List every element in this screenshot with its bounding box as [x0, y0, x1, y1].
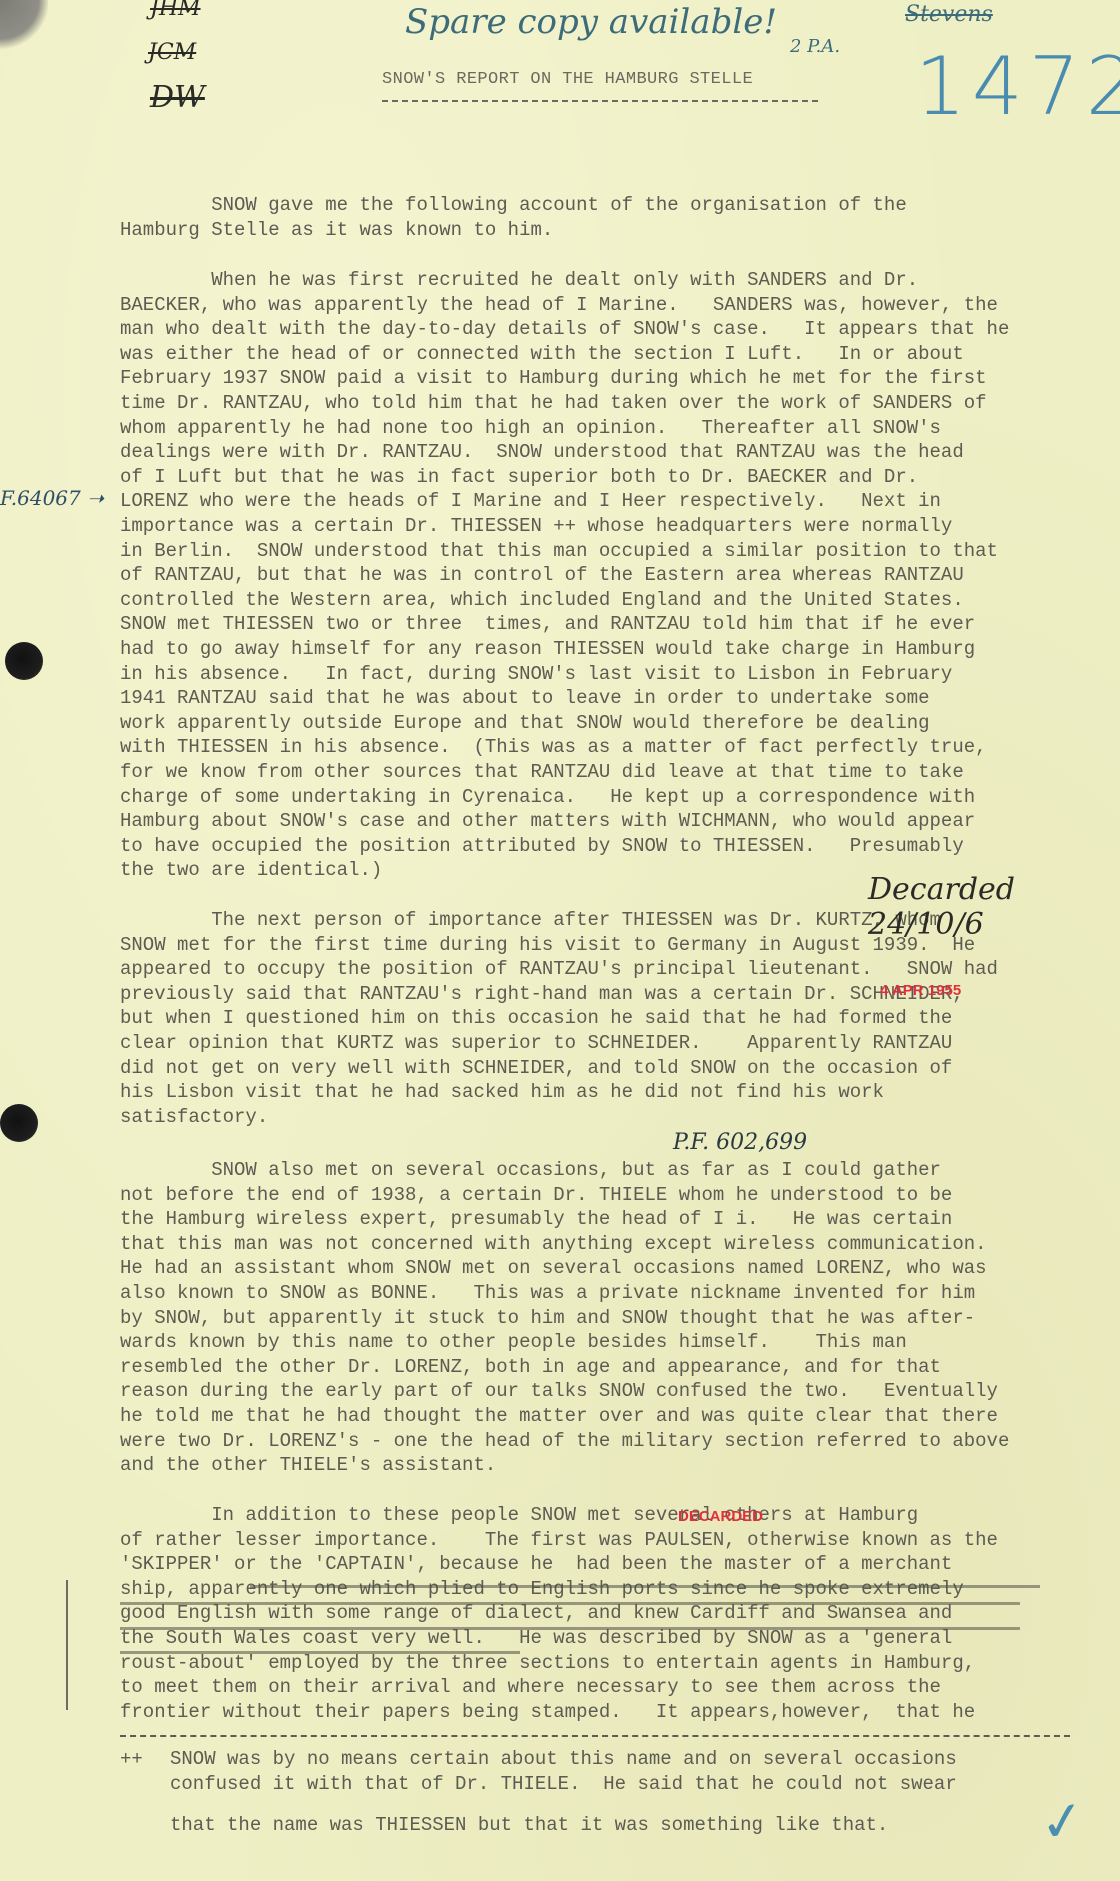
paragraph-4-line: that this man was not concerned with any…	[120, 1232, 1080, 1257]
paragraph-5-line: good English with some range of dialect,…	[120, 1601, 1080, 1626]
paragraph-4-line: the Hamburg wireless expert, presumably …	[120, 1207, 1080, 1232]
paragraph-2-line: for we know from other sources that RANT…	[120, 760, 1080, 785]
paragraph-2-line: February 1937 SNOW paid a visit to Hambu…	[120, 366, 1080, 391]
spare-copy-note: Spare copy available!	[405, 2, 777, 42]
footnote-divider	[120, 1735, 1070, 1737]
paragraph-2-line: 1941 RANTZAU said that he was about to l…	[120, 686, 1080, 711]
paragraph-2-line: with THIESSEN in his absence. (This was …	[120, 735, 1080, 760]
paragraph-3-line: but when I questioned him on this occasi…	[120, 1006, 1080, 1031]
paragraph-4-line: by SNOW, but apparently it stuck to him …	[120, 1306, 1080, 1331]
paragraph-2-line: dealings were with Dr. RANTZAU. SNOW und…	[120, 440, 1080, 465]
pencil-strike-2	[120, 1602, 1020, 1605]
pf-note: P.F. 602,699	[673, 1130, 807, 1155]
paragraph-2-line: in his absence. In fact, during SNOW's l…	[120, 662, 1080, 687]
paragraph-4-line: and the other THIELE's assistant.	[120, 1453, 1080, 1478]
paragraph-5-line: to meet them on their arrival and where …	[120, 1675, 1080, 1700]
paragraph-3-line: appeared to occupy the position of RANTZ…	[120, 957, 1080, 982]
paragraph-5-line: ship, apparently one which plied to Engl…	[120, 1577, 1080, 1602]
paragraph-2-line: When he was first recruited he dealt onl…	[120, 268, 1080, 293]
margin-reference: F.64067 ➝	[0, 486, 104, 510]
pencil-strike-1	[250, 1585, 1040, 1588]
paragraph-5-line: 'SKIPPER' or the 'CAPTAIN', because he h…	[120, 1552, 1080, 1577]
paragraph-2-line: controlled the Western area, which inclu…	[120, 588, 1080, 613]
folio-number: 1472	[915, 40, 1120, 133]
paragraph-2-line: in Berlin. SNOW understood that this man…	[120, 539, 1080, 564]
title-underline	[382, 100, 818, 102]
paragraph-4-line: SNOW also met on several occasions, but …	[120, 1158, 1080, 1183]
paragraph-4-line: were two Dr. LORENZ's - one the head of …	[120, 1429, 1080, 1454]
arrow-right-icon: ➝	[87, 486, 104, 510]
pa-note: 2 P.A.	[790, 36, 840, 57]
decarded-stamp: DECARDED	[678, 1508, 763, 1525]
paragraph-5-line: roust-about' employed by the three secti…	[120, 1651, 1080, 1676]
page-title: SNOW'S REPORT ON THE HAMBURG STELLE	[382, 70, 753, 89]
paragraph-4-line: resembled the other Dr. LORENZ, both in …	[120, 1355, 1080, 1380]
paragraph-2-line: time Dr. RANTZAU, who told him that he h…	[120, 391, 1080, 416]
paragraph-1-line: SNOW gave me the following account of th…	[120, 193, 1080, 218]
footnote-line: SNOW was by no means certain about this …	[170, 1747, 1120, 1772]
paragraph-2-line: importance was a certain Dr. THIESSEN ++…	[120, 514, 1080, 539]
paragraph-5-line: of rather lesser importance. The first w…	[120, 1528, 1080, 1553]
paragraph-2-line: had to go away himself for any reason TH…	[120, 637, 1080, 662]
margin-ref-text: F.64067	[0, 486, 81, 510]
paragraph-4-line: reason during the early part of our talk…	[120, 1379, 1080, 1404]
checkmark-icon: ✓	[1036, 1787, 1090, 1856]
paragraph-4-line: he told me that he had thought the matte…	[120, 1404, 1080, 1429]
paragraph-5-line: In addition to these people SNOW met sev…	[120, 1503, 1080, 1528]
paragraph-2-line: LORENZ who were the heads of I Marine an…	[120, 489, 1080, 514]
decarded-note: Decarded 24/10/6	[868, 872, 1120, 942]
paragraph-2-line: man who dealt with the day-to-day detail…	[120, 317, 1080, 342]
paragraph-2-line: work apparently outside Europe and that …	[120, 711, 1080, 736]
paragraph-4-line: also known to SNOW as BONNE. This was a …	[120, 1281, 1080, 1306]
paragraph-2-line: of I Luft but that he was in fact superi…	[120, 465, 1080, 490]
paragraph-2-line: SNOW met THIESSEN two or three times, an…	[120, 612, 1080, 637]
initial-1: JHM	[150, 0, 201, 21]
paragraph-3-line: did not get on very well with SCHNEIDER,…	[120, 1056, 1080, 1081]
date-stamp: 4 APR 1955	[880, 982, 961, 999]
margin-pencil-line	[66, 1580, 68, 1710]
paragraph-4-line: wards known by this name to other people…	[120, 1330, 1080, 1355]
pencil-strike-3	[120, 1627, 1020, 1630]
paragraph-5-line: frontier without their papers being stam…	[120, 1700, 1080, 1725]
paragraph-2-line: whom apparently he had none too high an …	[120, 416, 1080, 441]
paragraph-3-line: satisfactory.	[120, 1105, 1080, 1130]
footnote-line: confused it with that of Dr. THIELE. He …	[170, 1772, 1120, 1797]
initial-2: JCM	[148, 40, 196, 65]
paragraph-4-line: not before the end of 1938, a certain Dr…	[120, 1183, 1080, 1208]
paragraph-2-line: to have occupied the position attributed…	[120, 834, 1080, 859]
punch-hole-top	[5, 642, 43, 680]
initial-3: DW	[150, 80, 205, 115]
punch-hole-bottom	[0, 1104, 38, 1142]
footnote-line: that the name was THIESSEN but that it w…	[170, 1813, 1120, 1838]
paragraph-2-line: was either the head of or connected with…	[120, 342, 1080, 367]
pencil-strike-4	[120, 1651, 520, 1654]
paragraph-2-line: charge of some undertaking in Cyrenaica.…	[120, 785, 1080, 810]
paragraph-1-line: Hamburg Stelle as it was known to him.	[120, 218, 1080, 243]
paragraph-3-line: clear opinion that KURTZ was superior to…	[120, 1031, 1080, 1056]
torn-corner	[0, 0, 48, 52]
paragraph-2-line: BAECKER, who was apparently the head of …	[120, 293, 1080, 318]
paragraph-4-line: He had an assistant whom SNOW met on sev…	[120, 1256, 1080, 1281]
struck-name-note: Stevens	[905, 2, 993, 27]
paragraph-2-line: Hamburg about SNOW's case and other matt…	[120, 809, 1080, 834]
paragraph-3-line: his Lisbon visit that he had sacked him …	[120, 1080, 1080, 1105]
paragraph-2-line: of RANTZAU, but that he was in control o…	[120, 563, 1080, 588]
